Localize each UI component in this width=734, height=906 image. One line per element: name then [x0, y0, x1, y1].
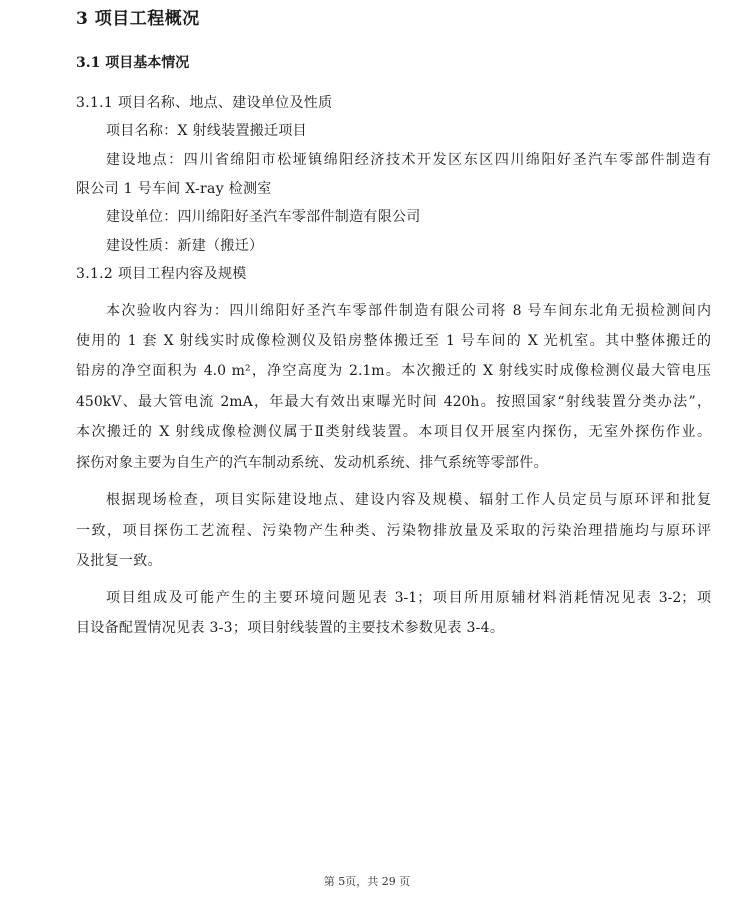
nature: 建设性质：新建（搬迁）	[106, 235, 263, 255]
paragraph-line: 铅房的净空面积为 4.0 m²，净空高度为 2.1m。本次搬迁的 X 射线实时成…	[76, 360, 711, 380]
paragraph-line: 根据现场检查，项目实际建设地点、建设内容及规模、辐射工作人员定员与原环评和批复	[106, 489, 711, 509]
section-title: 3.1 项目基本情况	[76, 52, 189, 72]
location-line-2: 限公司 1 号车间 X-ray 检测室	[76, 178, 272, 198]
subsection-title: 3.1.2 项目工程内容及规模	[76, 263, 247, 283]
paragraph-line: 本次搬迁的 X 射线成像检测仪属于Ⅱ类射线装置。本项目仅开展室内探伤，无室外探伤…	[76, 421, 711, 441]
location-line-1: 建设地点：四川省绵阳市松垭镇绵阳经济技术开发区东区四川绵阳好圣汽车零部件制造有	[106, 149, 711, 169]
document-page: 3 项目工程概况 3.1 项目基本情况 3.1.1 项目名称、地点、建设单位及性…	[0, 0, 734, 906]
paragraph-line: 450kV、最大管电流 2mA，年最大有效出束曝光时间 420h。按照国家“射线…	[76, 391, 711, 411]
paragraph-line: 项目组成及可能产生的主要环境问题见表 3-1；项目所用原辅材料消耗情况见表 3-…	[106, 587, 711, 607]
project-name: 项目名称：X 射线装置搬迁项目	[106, 120, 307, 140]
paragraph-line: 本次验收内容为：四川绵阳好圣汽车零部件制造有限公司将 8 号车间东北角无损检测间…	[106, 300, 711, 320]
paragraph-line: 目设备配置情况见表 3-3；项目射线装置的主要技术参数见表 3-4。	[76, 617, 504, 637]
subsection-title: 3.1.1 项目名称、地点、建设单位及性质	[76, 92, 332, 112]
paragraph-line: 及批复一致。	[76, 550, 162, 570]
paragraph-line: 使用的 1 套 X 射线实时成像检测仪及铅房整体搬迁至 1 号车间的 X 光机室…	[76, 330, 711, 350]
paragraph-line: 一致，项目探伤工艺流程、污染物产生种类、污染物排放量及采取的污染治理措施均与原环…	[76, 520, 711, 540]
paragraph-line: 探伤对象主要为自生产的汽车制动系统、发动机系统、排气系统等零部件。	[76, 452, 548, 472]
builder: 建设单位：四川绵阳好圣汽车零部件制造有限公司	[106, 206, 421, 226]
chapter-title: 3 项目工程概况	[76, 4, 200, 29]
page-footer: 第 5页，共 29 页	[0, 873, 734, 889]
